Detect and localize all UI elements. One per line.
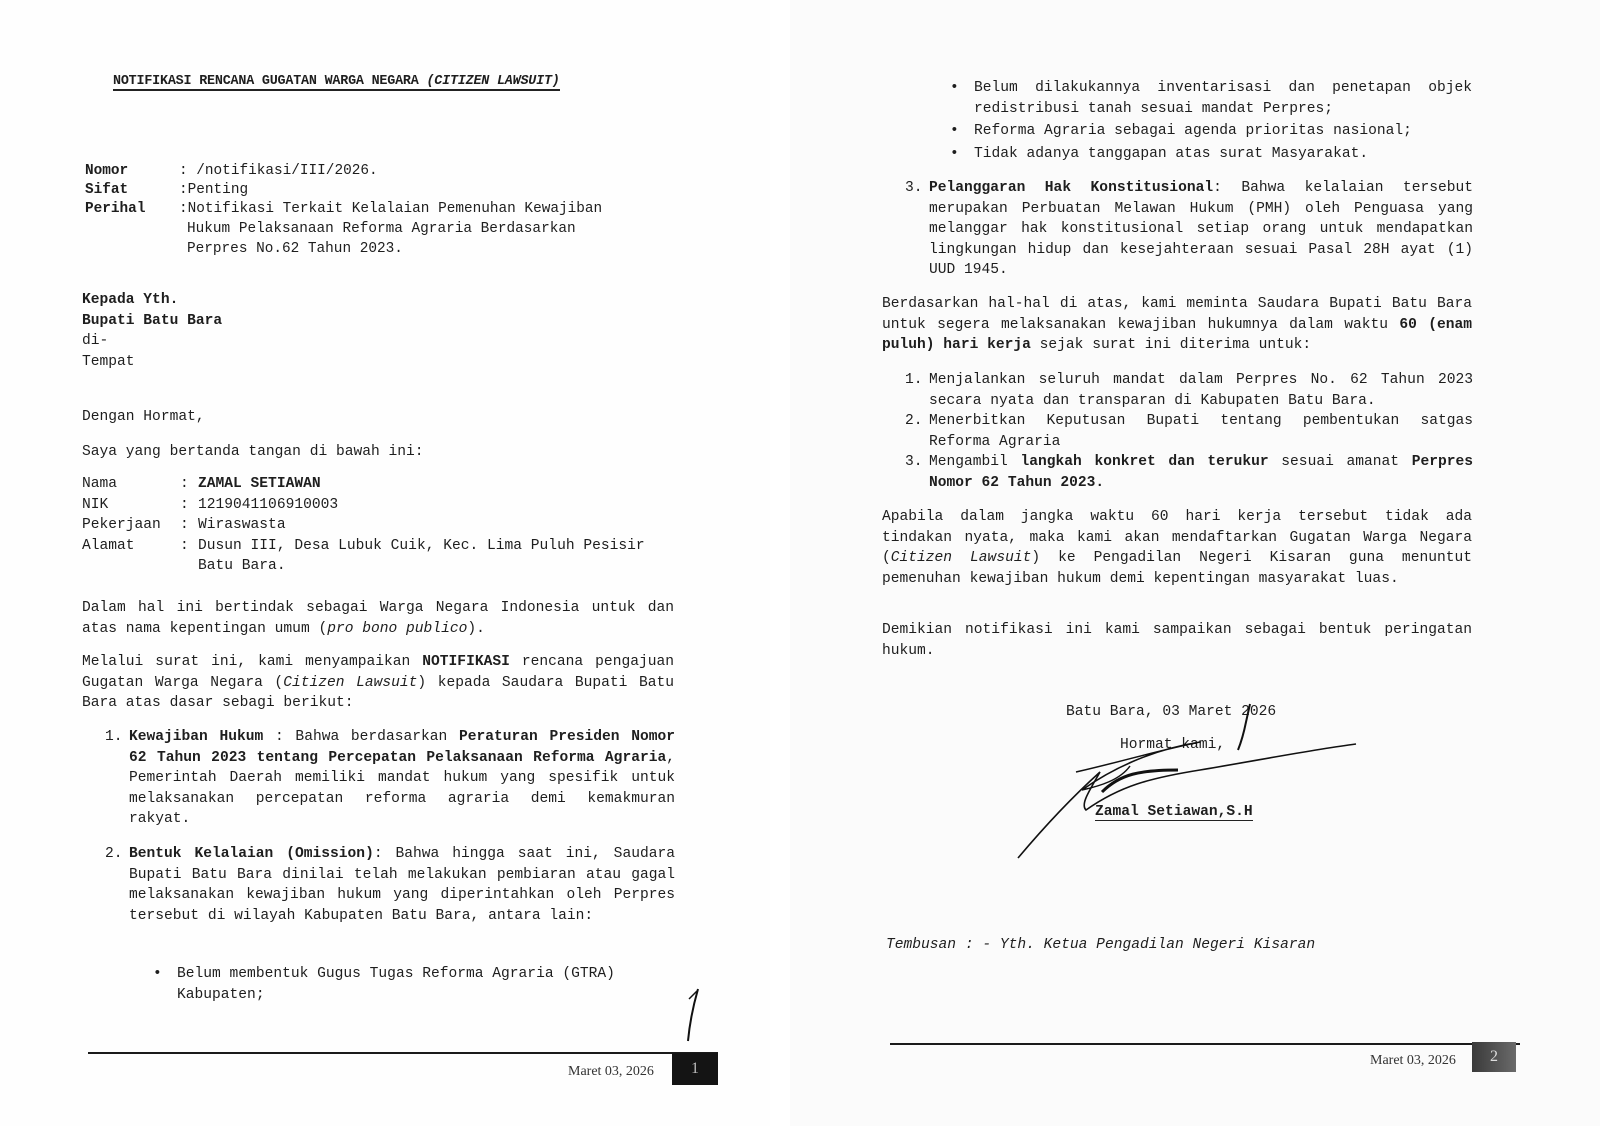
bullet-text: Tidak adanya tanggapan atas surat Masyar… <box>974 144 1472 165</box>
footer-date: Maret 03, 2026 <box>1370 1053 1456 1069</box>
request-text: Berdasarkan hal-hal di atas, kami memint… <box>882 296 1472 333</box>
recipient-line-1: Kepada Yth. <box>82 290 222 311</box>
bullet-text: Belum membentuk Gugus Tugas Reforma Agra… <box>177 964 673 1005</box>
recipient-block: Kepada Yth. Bupati Batu Bara di- Tempat <box>82 290 222 372</box>
notice-text: Melalui surat ini, kami menyampaikan <box>82 654 422 670</box>
page-number-badge: 1 <box>672 1053 718 1085</box>
ground-sep: : Bahwa berdasarkan <box>263 729 459 745</box>
bullet-icon: • <box>950 121 974 142</box>
request-paragraph: Berdasarkan hal-hal di atas, kami memint… <box>882 294 1472 356</box>
page-number-badge: 2 <box>1472 1042 1516 1072</box>
identity-value: Dusun III, Desa Lubuk Cuik, Kec. Lima Pu… <box>198 536 688 577</box>
perihal-value: :Notifikasi Terkait Kelalaian Pemenuhan … <box>179 200 639 259</box>
omission-bullet-4: • Tidak adanya tanggapan atas surat Masy… <box>950 144 1472 165</box>
demand-1: 1. Menjalankan seluruh mandat dalam Perp… <box>905 370 1473 411</box>
letter-header-meta: Nomor : /notifikasi/III/2026. Sifat :Pen… <box>85 162 639 259</box>
handwritten-signature <box>1010 700 1370 870</box>
capacity-italic: pro bono publico <box>327 621 467 637</box>
ground-2: 2. Bentuk Kelalaian (Omission): Bahwa hi… <box>105 844 675 926</box>
demand-2: 2. Menerbitkan Keputusan Bupati tentang … <box>905 411 1473 452</box>
sifat-value: :Penting <box>179 181 639 200</box>
nomor-label: Nomor <box>85 162 179 181</box>
identity-colon: : <box>180 474 198 495</box>
omission-bullet-1: • Belum membentuk Gugus Tugas Reforma Ag… <box>153 964 673 1005</box>
identity-colon: : <box>180 495 198 516</box>
salutation: Dengan Hormat, <box>82 407 205 428</box>
request-text-end: sejak surat ini diterima untuk: <box>1031 337 1311 353</box>
ground-1: 1. Kewajiban Hukum : Bahwa berdasarkan P… <box>105 727 675 830</box>
bullet-icon: • <box>950 78 974 119</box>
demand-bold: langkah konkret dan terukur <box>1020 454 1268 470</box>
ground-heading: Kewajiban Hukum <box>129 729 263 745</box>
identity-label: NIK <box>82 495 180 516</box>
notice-paragraph: Melalui surat ini, kami menyampaikan NOT… <box>82 652 674 714</box>
demands-list: 1. Menjalankan seluruh mandat dalam Perp… <box>905 370 1473 494</box>
identity-row-alamat: Alamat : Dusun III, Desa Lubuk Cuik, Kec… <box>82 536 688 577</box>
identity-row-nama: Nama : ZAMAL SETIAWAN <box>82 474 688 495</box>
demand-text: Menjalankan seluruh mandat dalam Perpres… <box>929 370 1473 411</box>
identity-label: Pekerjaan <box>82 515 180 536</box>
demand-number: 2. <box>905 411 929 452</box>
notice-bold: NOTIFIKASI <box>422 654 510 670</box>
footer-rule <box>88 1052 718 1054</box>
nomor-value: : /notifikasi/III/2026. <box>179 162 639 181</box>
demand-number: 1. <box>905 370 929 411</box>
identity-value: ZAMAL SETIAWAN <box>198 474 688 495</box>
signatory-name: Zamal Setiawan,S.H <box>1095 804 1253 821</box>
identity-value: 1219041106910003 <box>198 495 688 516</box>
notice-italic: Citizen Lawsuit <box>283 675 417 691</box>
document-page-1: NOTIFIKASI RENCANA GUGATAN WARGA NEGARA … <box>0 0 770 1126</box>
demand-text: Menerbitkan Keputusan Bupati tentang pem… <box>929 411 1473 452</box>
ground-number: 1. <box>105 727 129 830</box>
demand-text-2: sesuai amanat <box>1269 454 1412 470</box>
demand-3: 3. Mengambil langkah konkret dan terukur… <box>905 452 1473 493</box>
omission-bullet-3: • Reforma Agraria sebagai agenda priorit… <box>950 121 1472 142</box>
ground-heading: Pelanggaran Hak Konstitusional <box>929 180 1213 196</box>
identity-row-pekerjaan: Pekerjaan : Wiraswasta <box>82 515 688 536</box>
capacity-paragraph: Dalam hal ini bertindak sebagai Warga Ne… <box>82 598 674 639</box>
ground-number: 3. <box>905 178 929 281</box>
title-text: NOTIFIKASI RENCANA GUGATAN WARGA NEGARA <box>113 74 419 89</box>
signatory-name-line: Zamal Setiawan,S.H <box>1095 802 1253 823</box>
bullet-text: Belum dilakukannya inventarisasi dan pen… <box>974 78 1472 119</box>
intro-text: Saya yang bertanda tangan di bawah ini: <box>82 442 424 463</box>
meta-perihal: Perihal :Notifikasi Terkait Kelalaian Pe… <box>85 200 639 259</box>
identity-table: Nama : ZAMAL SETIAWAN NIK : 121904110691… <box>82 474 688 577</box>
omission-bullets-continued: • Belum dilakukannya inventarisasi dan p… <box>950 78 1472 164</box>
identity-label: Nama <box>82 474 180 495</box>
bullet-icon: • <box>153 964 177 1005</box>
paraf-initial-mark <box>680 985 710 1045</box>
bullet-icon: • <box>950 144 974 165</box>
document-page-2: • Belum dilakukannya inventarisasi dan p… <box>790 0 1600 1126</box>
omission-bullet-2: • Belum dilakukannya inventarisasi dan p… <box>950 78 1472 119</box>
ground-number: 2. <box>105 844 129 926</box>
carbon-copy-line: Tembusan : - Yth. Ketua Pengadilan Neger… <box>886 935 1315 956</box>
perihal-label: Perihal <box>85 200 179 259</box>
title-italic-text: (CITIZEN LAWSUIT) <box>426 74 559 89</box>
recipient-line-4: Tempat <box>82 352 222 373</box>
recipient-line-3: di- <box>82 331 222 352</box>
identity-colon: : <box>180 536 198 577</box>
identity-colon: : <box>180 515 198 536</box>
ground-3: 3. Pelanggaran Hak Konstitusional: Bahwa… <box>905 178 1473 281</box>
closing-paragraph: Demikian notifikasi ini kami sampaikan s… <box>882 620 1472 661</box>
document-title: NOTIFIKASI RENCANA GUGATAN WARGA NEGARA … <box>113 74 560 91</box>
capacity-text-end: ). <box>467 621 485 637</box>
demand-text: Mengambil <box>929 454 1020 470</box>
footer-rule <box>890 1043 1520 1045</box>
warning-italic: Citizen Lawsuit <box>891 550 1032 566</box>
recipient-line-2: Bupati Batu Bara <box>82 311 222 332</box>
meta-sifat: Sifat :Penting <box>85 181 639 200</box>
footer-date: Maret 03, 2026 <box>568 1064 654 1080</box>
demand-number: 3. <box>905 452 929 493</box>
identity-row-nik: NIK : 1219041106910003 <box>82 495 688 516</box>
bullet-text: Reforma Agraria sebagai agenda prioritas… <box>974 121 1472 142</box>
perihal-continuation: Hukum Pelaksanaan Reforma Agraria Berdas… <box>179 219 617 259</box>
ground-heading: Bentuk Kelalaian (Omission) <box>129 846 374 862</box>
perihal-line-1: :Notifikasi Terkait Kelalaian Pemenuhan … <box>179 201 602 217</box>
warning-paragraph: Apabila dalam jangka waktu 60 hari kerja… <box>882 507 1472 589</box>
identity-value: Wiraswasta <box>198 515 688 536</box>
meta-nomor: Nomor : /notifikasi/III/2026. <box>85 162 639 181</box>
identity-label: Alamat <box>82 536 180 577</box>
sifat-label: Sifat <box>85 181 179 200</box>
